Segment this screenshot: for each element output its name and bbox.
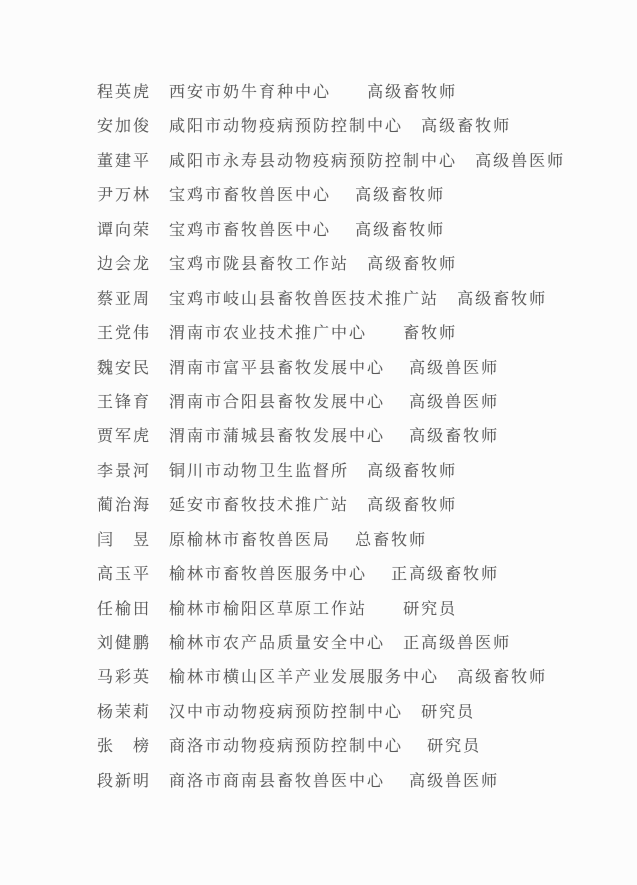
person-name: 安加俊 [97, 118, 151, 135]
person-organization: 咸阳市动物疫病预防控制中心 [169, 118, 403, 135]
person-name: 蔡亚周 [97, 291, 151, 308]
table-row: 程英虎 西安市奶牛育种中心 高级畜牧师 [97, 76, 565, 110]
roster-list: 程英虎 西安市奶牛育种中心 高级畜牧师安加俊 咸阳市动物疫病预防控制中心 高级畜… [97, 76, 565, 799]
person-name: 尹万林 [97, 187, 151, 204]
org-title-separator [367, 601, 403, 618]
person-title: 研究员 [421, 704, 475, 721]
person-organization: 宝鸡市畜牧兽医中心 [169, 222, 331, 239]
person-name: 蔺治海 [97, 497, 151, 514]
table-row: 蔡亚周 宝鸡市岐山县畜牧兽医技术推广站 高级畜牧师 [97, 283, 565, 317]
person-title: 高级畜牧师 [367, 463, 457, 480]
person-name: 魏安民 [97, 360, 151, 377]
table-row: 刘健鹏 榆林市农产品质量安全中心 正高级兽医师 [97, 627, 565, 661]
org-title-separator [385, 428, 409, 445]
person-title: 高级畜牧师 [421, 118, 511, 135]
table-row: 蔺治海 延安市畜牧技术推广站 高级畜牧师 [97, 489, 565, 523]
person-name: 贾军虎 [97, 428, 151, 445]
name-org-separator [151, 773, 169, 790]
org-title-separator [403, 118, 421, 135]
name-org-separator [151, 291, 169, 308]
name-org-separator [151, 360, 169, 377]
org-title-separator [439, 291, 457, 308]
person-name: 边会龙 [97, 256, 151, 273]
org-title-separator [439, 669, 457, 686]
name-org-separator [151, 635, 169, 652]
name-org-separator [151, 428, 169, 445]
org-title-separator [385, 360, 409, 377]
org-title-separator [385, 773, 409, 790]
name-org-separator [151, 566, 169, 583]
person-organization: 延安市畜牧技术推广站 [169, 497, 349, 514]
name-org-separator [151, 222, 169, 239]
person-title: 高级畜牧师 [367, 256, 457, 273]
person-organization: 原榆林市畜牧兽医局 [169, 532, 331, 549]
person-name: 王党伟 [97, 325, 151, 342]
org-title-separator [367, 325, 403, 342]
person-name: 李景河 [97, 463, 151, 480]
name-org-separator [151, 153, 169, 170]
person-organization: 渭南市农业技术推广中心 [169, 325, 367, 342]
person-title: 高级兽医师 [475, 153, 565, 170]
person-organization: 渭南市蒲城县畜牧发展中心 [169, 428, 385, 445]
name-org-separator [151, 256, 169, 273]
person-organization: 商洛市商南县畜牧兽医中心 [169, 773, 385, 790]
org-title-separator [331, 84, 367, 101]
person-title: 高级畜牧师 [367, 84, 457, 101]
table-row: 谭向荣 宝鸡市畜牧兽医中心 高级畜牧师 [97, 214, 565, 248]
org-title-separator [385, 635, 403, 652]
person-title: 高级畜牧师 [355, 222, 445, 239]
person-organization: 西安市奶牛育种中心 [169, 84, 331, 101]
person-organization: 渭南市合阳县畜牧发展中心 [169, 394, 385, 411]
table-row: 闫 昱 原榆林市畜牧兽医局 总畜牧师 [97, 524, 565, 558]
person-organization: 宝鸡市岐山县畜牧兽医技术推广站 [169, 291, 439, 308]
person-organization: 榆林市农产品质量安全中心 [169, 635, 385, 652]
person-organization: 宝鸡市陇县畜牧工作站 [169, 256, 349, 273]
person-name: 程英虎 [97, 84, 151, 101]
person-organization: 汉中市动物疫病预防控制中心 [169, 704, 403, 721]
name-org-separator [151, 669, 169, 686]
person-title: 总畜牧师 [355, 532, 427, 549]
person-name: 马彩英 [97, 669, 151, 686]
person-title: 高级兽医师 [409, 773, 499, 790]
table-row: 高玉平 榆林市畜牧兽医服务中心 正高级畜牧师 [97, 558, 565, 592]
person-name: 杨茉莉 [97, 704, 151, 721]
person-organization: 铜川市动物卫生监督所 [169, 463, 349, 480]
person-title: 高级兽医师 [409, 360, 499, 377]
person-name: 董建平 [97, 153, 151, 170]
table-row: 杨茉莉 汉中市动物疫病预防控制中心 研究员 [97, 696, 565, 730]
person-title: 高级畜牧师 [457, 669, 547, 686]
name-org-separator [151, 325, 169, 342]
name-org-separator [151, 738, 169, 755]
org-title-separator [331, 187, 355, 204]
table-row: 马彩英 榆林市横山区羊产业发展服务中心 高级畜牧师 [97, 661, 565, 695]
org-title-separator [331, 222, 355, 239]
person-name: 张 榜 [97, 738, 151, 755]
person-title: 研究员 [403, 601, 457, 618]
person-title: 高级畜牧师 [355, 187, 445, 204]
table-row: 魏安民 渭南市富平县畜牧发展中心 高级兽医师 [97, 352, 565, 386]
document-page: 程英虎 西安市奶牛育种中心 高级畜牧师安加俊 咸阳市动物疫病预防控制中心 高级畜… [0, 0, 637, 885]
person-title: 高级畜牧师 [457, 291, 547, 308]
person-organization: 渭南市富平县畜牧发展中心 [169, 360, 385, 377]
person-name: 谭向荣 [97, 222, 151, 239]
person-title: 正高级兽医师 [403, 635, 511, 652]
name-org-separator [151, 704, 169, 721]
person-title: 高级兽医师 [409, 394, 499, 411]
table-row: 任榆田 榆林市榆阳区草原工作站 研究员 [97, 593, 565, 627]
table-row: 董建平 咸阳市永寿县动物疫病预防控制中心 高级兽医师 [97, 145, 565, 179]
person-name: 任榆田 [97, 601, 151, 618]
org-title-separator [403, 704, 421, 721]
org-title-separator [367, 566, 391, 583]
person-organization: 宝鸡市畜牧兽医中心 [169, 187, 331, 204]
person-title: 正高级畜牧师 [391, 566, 499, 583]
org-title-separator [349, 497, 367, 514]
table-row: 尹万林 宝鸡市畜牧兽医中心 高级畜牧师 [97, 179, 565, 213]
person-name: 高玉平 [97, 566, 151, 583]
table-row: 安加俊 咸阳市动物疫病预防控制中心 高级畜牧师 [97, 110, 565, 144]
person-title: 高级畜牧师 [409, 428, 499, 445]
person-title: 高级畜牧师 [367, 497, 457, 514]
table-row: 张 榜 商洛市动物疫病预防控制中心 研究员 [97, 730, 565, 764]
person-organization: 商洛市动物疫病预防控制中心 [169, 738, 403, 755]
org-title-separator [403, 738, 427, 755]
person-organization: 榆林市畜牧兽医服务中心 [169, 566, 367, 583]
person-organization: 榆林市榆阳区草原工作站 [169, 601, 367, 618]
org-title-separator [349, 256, 367, 273]
person-title: 研究员 [427, 738, 481, 755]
table-row: 李景河 铜川市动物卫生监督所 高级畜牧师 [97, 455, 565, 489]
person-title: 畜牧师 [403, 325, 457, 342]
name-org-separator [151, 187, 169, 204]
person-name: 刘健鹏 [97, 635, 151, 652]
name-org-separator [151, 532, 169, 549]
table-row: 王锋育 渭南市合阳县畜牧发展中心 高级兽医师 [97, 386, 565, 420]
person-organization: 榆林市横山区羊产业发展服务中心 [169, 669, 439, 686]
name-org-separator [151, 394, 169, 411]
person-name: 王锋育 [97, 394, 151, 411]
name-org-separator [151, 118, 169, 135]
person-name: 闫 昱 [97, 532, 151, 549]
org-title-separator [385, 394, 409, 411]
person-name: 段新明 [97, 773, 151, 790]
table-row: 王党伟 渭南市农业技术推广中心 畜牧师 [97, 317, 565, 351]
person-organization: 咸阳市永寿县动物疫病预防控制中心 [169, 153, 457, 170]
org-title-separator [349, 463, 367, 480]
name-org-separator [151, 497, 169, 514]
name-org-separator [151, 601, 169, 618]
table-row: 段新明 商洛市商南县畜牧兽医中心 高级兽医师 [97, 765, 565, 799]
org-title-separator [457, 153, 475, 170]
org-title-separator [331, 532, 355, 549]
name-org-separator [151, 463, 169, 480]
name-org-separator [151, 84, 169, 101]
table-row: 边会龙 宝鸡市陇县畜牧工作站 高级畜牧师 [97, 248, 565, 282]
table-row: 贾军虎 渭南市蒲城县畜牧发展中心 高级畜牧师 [97, 420, 565, 454]
